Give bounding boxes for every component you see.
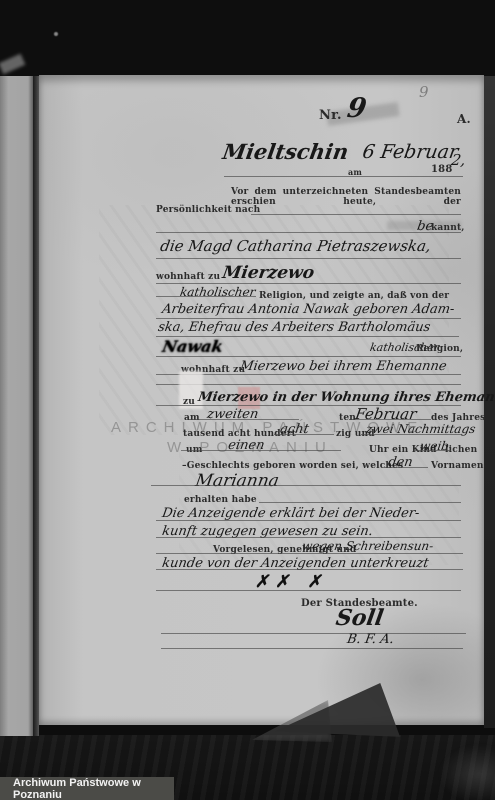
registrar-initials: B. F. A. — [346, 632, 395, 647]
ruled-line — [161, 633, 466, 634]
residence-hand: Mierzewo — [221, 263, 316, 283]
register-page: 9 Nr. 9 A. Mieltschin am 6 Februar 188 2… — [39, 75, 484, 725]
vornamen-print: Vornamen — [431, 461, 484, 471]
form-letter: A. — [457, 112, 471, 126]
residence2-hand: Mierzewo bei ihrem Ehemanne — [239, 359, 448, 374]
ruled-line — [415, 450, 451, 451]
geschlechts-print: –Geschlechts geboren worden sei, welches — [182, 461, 403, 471]
note-line1-hand: Die Anzeigende erklärt bei der Nieder- — [161, 506, 421, 521]
declarant-name: die Magd Catharina Pietraszewska, — [159, 237, 432, 255]
year-handwritten: 2, — [450, 151, 467, 169]
religion2-print: Religion, — [416, 344, 463, 354]
archive-label-text: Archiwum Państwowe w Poznaniu — [13, 777, 174, 800]
ruled-line — [384, 467, 428, 468]
ruled-line — [161, 648, 463, 649]
wegen-hand: wegen Schreibensun- — [301, 539, 434, 553]
erhalten-habe-print: erhalten habe — [184, 495, 257, 505]
year-printed: 188 — [431, 164, 452, 175]
nr-label: Nr. — [319, 108, 342, 123]
ruled-line — [156, 296, 256, 297]
top-black-band — [0, 0, 495, 76]
ruled-line — [156, 553, 463, 554]
ruled-line — [156, 520, 461, 521]
wohnhaft-zu-print: wohnhaft zu — [156, 272, 220, 282]
corner-smudge — [439, 745, 495, 800]
child-name-hand: Marianna — [194, 471, 280, 491]
place-handwritten: Mieltschin — [221, 139, 350, 164]
ruled-line — [156, 232, 461, 233]
birthplace-hand: Mierzewo in der Wohnung ihres Ehemannes — [197, 390, 495, 405]
husband-name-hand: ska, Ehefrau des Arbeiters Bartholomäus — [157, 320, 431, 335]
ruled-line — [251, 214, 461, 215]
form-line-1: Vor dem unterzeichneten Standesbeamten e… — [231, 187, 461, 207]
ruled-line — [156, 590, 461, 591]
ruled-line — [156, 537, 461, 538]
archive-watermark-line2: W POZNANIU — [167, 439, 333, 456]
pencil-folio-number: 9 — [419, 83, 429, 101]
previous-page-edge — [0, 76, 33, 736]
ruled-line — [151, 485, 461, 486]
archive-label: Archiwum Państwowe w Poznaniu — [0, 777, 174, 800]
mother-name-hand: Arbeiterfrau Antonia Nawak geboren Adam- — [161, 302, 456, 317]
ruled-line — [224, 176, 463, 177]
surname-blot: Nawak — [161, 337, 224, 356]
archive-scan-viewport: 9 Nr. 9 A. Mieltschin am 6 Februar 188 2… — [0, 0, 495, 800]
date-handwritten: 6 Februar — [361, 141, 460, 163]
cross-marks: ✗✗ ✗ — [254, 572, 331, 592]
form-line-2: Persönlichkeit nach — [156, 205, 260, 215]
ruled-line — [156, 318, 461, 319]
ruled-line — [156, 569, 463, 570]
archive-watermark-line1: ARCHIWUM PAŃSTWOWE — [111, 419, 424, 436]
ruled-line — [259, 502, 461, 503]
ruled-line — [156, 283, 461, 284]
registrar-signature: Soll — [334, 605, 385, 631]
ruled-line — [156, 258, 461, 259]
ruled-line — [156, 356, 461, 357]
religion-print: Religion, und zeigte an, daß von der — [259, 291, 449, 301]
dust-speck — [54, 32, 58, 36]
